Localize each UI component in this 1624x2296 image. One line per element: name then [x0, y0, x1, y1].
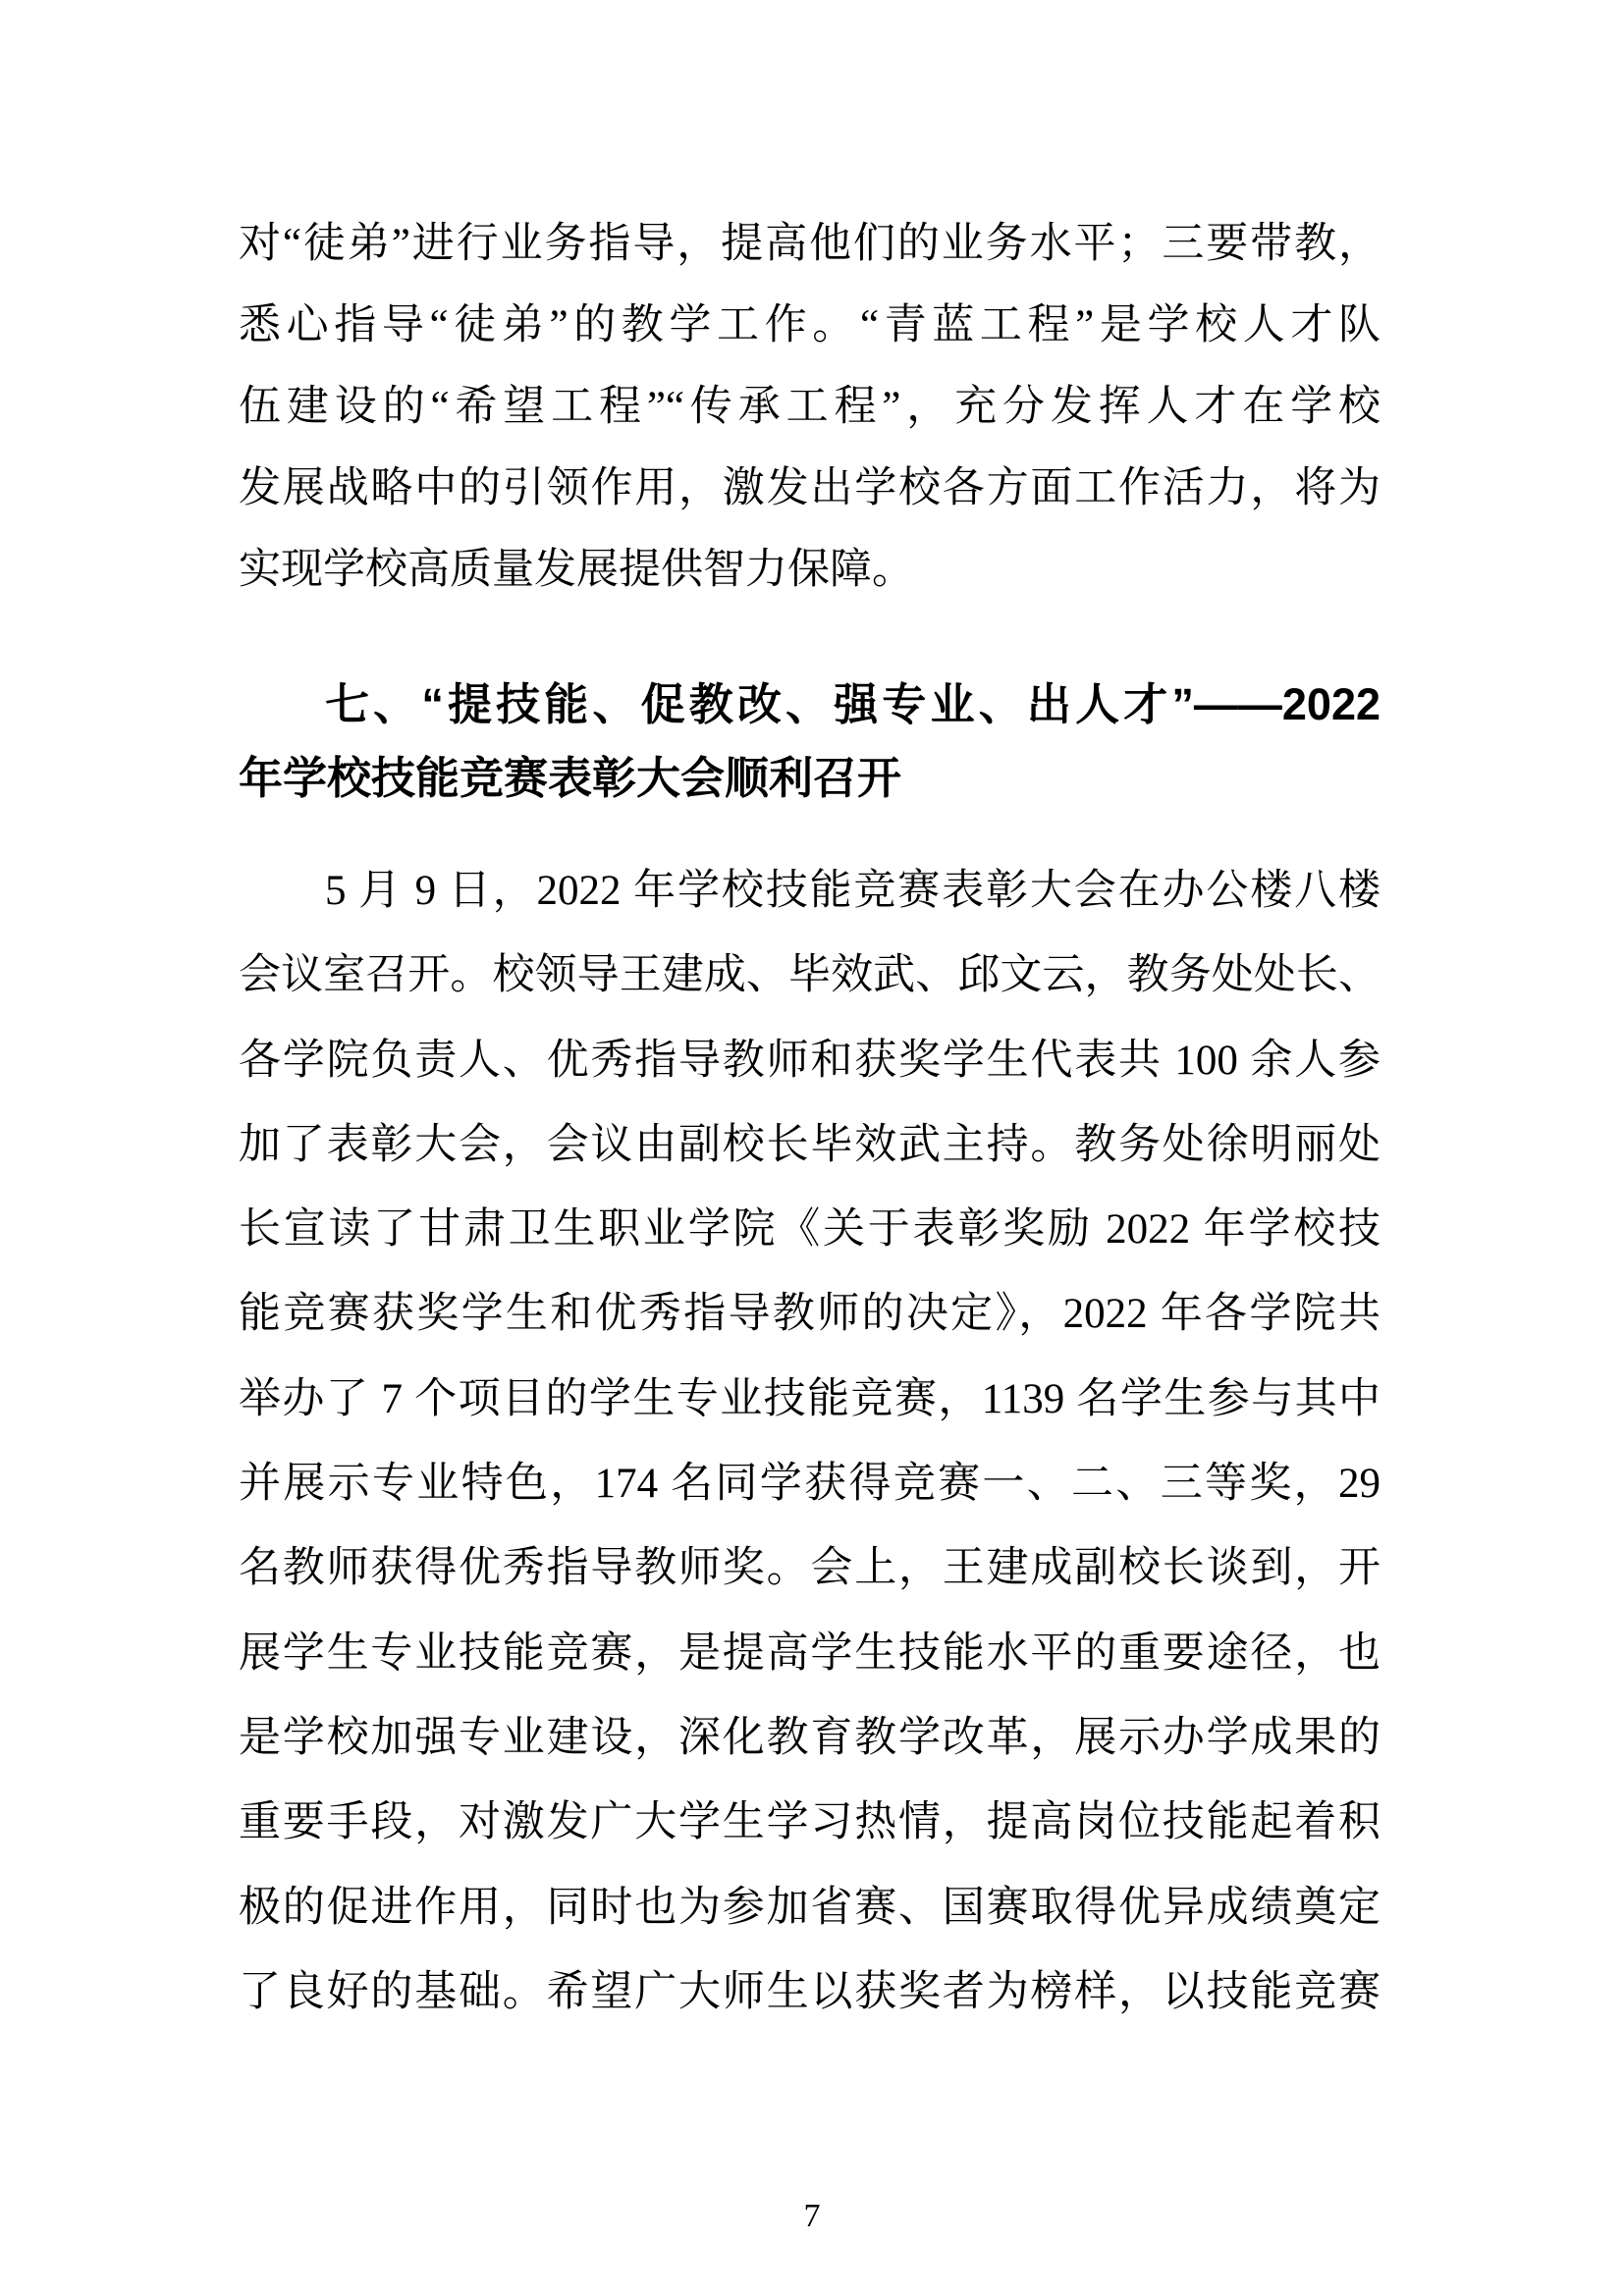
text-line: 长宣读了甘肃卫生职业学院《关于表彰奖励 2022 年学校技 [239, 1188, 1380, 1272]
text-line: 重要手段，对激发广大学生学习热情，提高岗位技能起着积 [239, 1781, 1380, 1865]
text-line: 加了表彰大会，会议由副校长毕效武主持。教务处徐明丽处 [239, 1103, 1380, 1188]
text-line: 展学生专业技能竞赛，是提高学生技能水平的重要途径，也 [239, 1612, 1380, 1696]
text-line: 举办了 7 个项目的学生专业技能竞赛，1139 名学生参与其中 [239, 1358, 1380, 1442]
text-line: 实现学校高质量发展提供智力保障。 [239, 529, 1380, 611]
page-number: 7 [0, 2197, 1624, 2236]
paragraph-body: 5 月 9 日，2022 年学校技能竞赛表彰大会在办公楼八楼 会议室召开。校领导… [239, 849, 1380, 2035]
text-line: 伍建设的“希望工程”“传承工程”，充分发挥人才在学校 [239, 366, 1380, 448]
text-line: 对“徒弟”进行业务指导，提高他们的业务水平；三要带教， [239, 203, 1380, 285]
heading-line: 年学校技能竞赛表彰大会顺利召开 [239, 741, 1380, 815]
text-line: 会议室召开。校领导王建成、毕效武、邱文云，教务处处长、 [239, 934, 1380, 1018]
text-line: 5 月 9 日，2022 年学校技能竞赛表彰大会在办公楼八楼 [239, 849, 1380, 934]
section-heading: 七、“提技能、促教改、强专业、出人才”——2022 年学校技能竞赛表彰大会顺利召… [239, 667, 1380, 815]
text-line: 悉心指导“徒弟”的教学工作。“青蓝工程”是学校人才队 [239, 285, 1380, 366]
text-line: 极的促进作用，同时也为参加省赛、国赛取得优异成绩奠定 [239, 1866, 1380, 1950]
text-line: 能竞赛获奖学生和优秀指导教师的决定》，2022 年各学院共 [239, 1272, 1380, 1357]
text-line: 是学校加强专业建设，深化教育教学改革，展示办学成果的 [239, 1696, 1380, 1781]
text-line: 名教师获得优秀指导教师奖。会上，王建成副校长谈到，开 [239, 1526, 1380, 1611]
heading-line: 七、“提技能、促教改、强专业、出人才”——2022 [239, 667, 1380, 741]
document-page: 对“徒弟”进行业务指导，提高他们的业务水平；三要带教， 悉心指导“徒弟”的教学工… [0, 0, 1624, 2296]
text-line: 了良好的基础。希望广大师生以获奖者为榜样，以技能竞赛 [239, 1950, 1380, 2035]
paragraph-continuation: 对“徒弟”进行业务指导，提高他们的业务水平；三要带教， 悉心指导“徒弟”的教学工… [239, 203, 1380, 611]
text-line: 发展战略中的引领作用，激发出学校各方面工作活力，将为 [239, 448, 1380, 529]
text-line: 并展示专业特色，174 名同学获得竞赛一、二、三等奖，29 [239, 1442, 1380, 1526]
text-line: 各学院负责人、优秀指导教师和获奖学生代表共 100 余人参 [239, 1019, 1380, 1103]
